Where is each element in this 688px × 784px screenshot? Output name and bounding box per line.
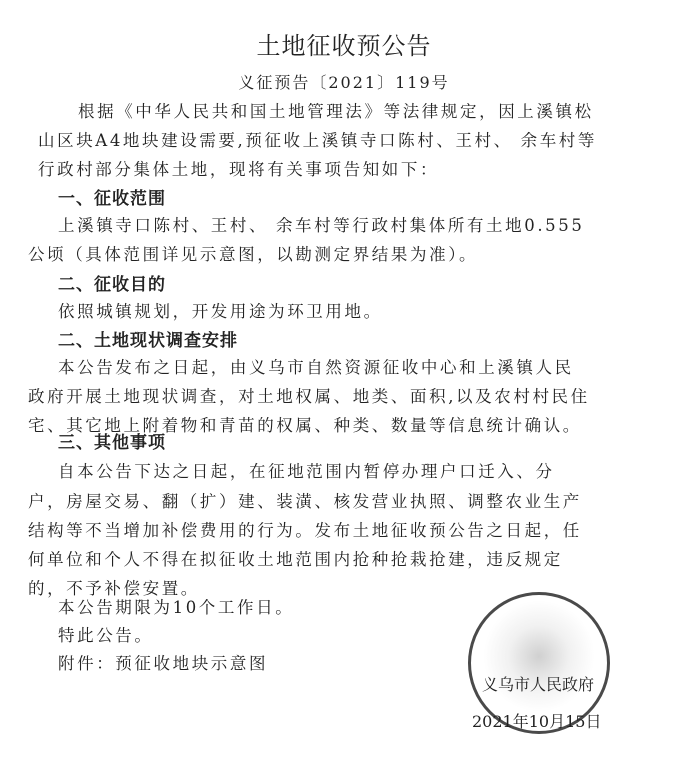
- section-line: 何单位和个人不得在拟征收土地范围内抢种抢栽抢建，违反规定: [28, 546, 563, 570]
- section-heading-scope: 一、征收范围: [58, 184, 166, 209]
- attachment-text: 附件：预征收地块示意图: [58, 650, 268, 674]
- section-line: 上溪镇寺口陈村、王村、 余车村等行政村集体所有土地0.555: [58, 212, 584, 236]
- intro-line: 行政村部分集体土地，现将有关事项告知如下：: [38, 156, 439, 180]
- intro-line: 根据《中华人民共和国土地管理法》等法律规定，因上溪镇松: [78, 98, 594, 122]
- section-line: 政府开展土地现状调查，对土地权属、地类、面积,以及农村村民住: [28, 383, 590, 407]
- section-line: 户，房屋交易、翻（扩）建、装潢、核发营业执照、调整农业生产: [28, 488, 582, 512]
- section-heading-other: 三、其他事项: [58, 428, 166, 453]
- document-number: 义征预告〔2021〕119号: [0, 70, 688, 93]
- section-line: 结构等不当增加补偿费用的行为。发布土地征收预公告之日起，任: [28, 517, 582, 541]
- term-text: 本公告期限为10个工作日。: [58, 594, 294, 618]
- closing-text: 特此公告。: [58, 622, 154, 646]
- section-heading-purpose: 二、征收目的: [58, 270, 166, 295]
- section-heading-survey: 二、土地现状调查安排: [58, 326, 238, 351]
- section-line: 本公告发布之日起，由义乌市自然资源征收中心和上溪镇人民: [58, 354, 574, 378]
- section-line: 自本公告下达之日起，在征地范围内暂停办理户口迁入、分: [58, 458, 555, 482]
- issue-date: 2021年10月15日: [472, 709, 601, 732]
- issuer-name: 义乌市人民政府: [482, 672, 594, 695]
- section-line: 公顷（具体范围详见示意图，以勘测定界结果为准）。: [28, 241, 478, 265]
- intro-line: 山区块A4地块建设需要,预征收上溪镇寺口陈村、王村、 余车村等: [38, 127, 597, 151]
- section-line: 依照城镇规划，开发用途为环卫用地。: [58, 298, 383, 322]
- document-title: 土地征收预公告: [0, 26, 688, 61]
